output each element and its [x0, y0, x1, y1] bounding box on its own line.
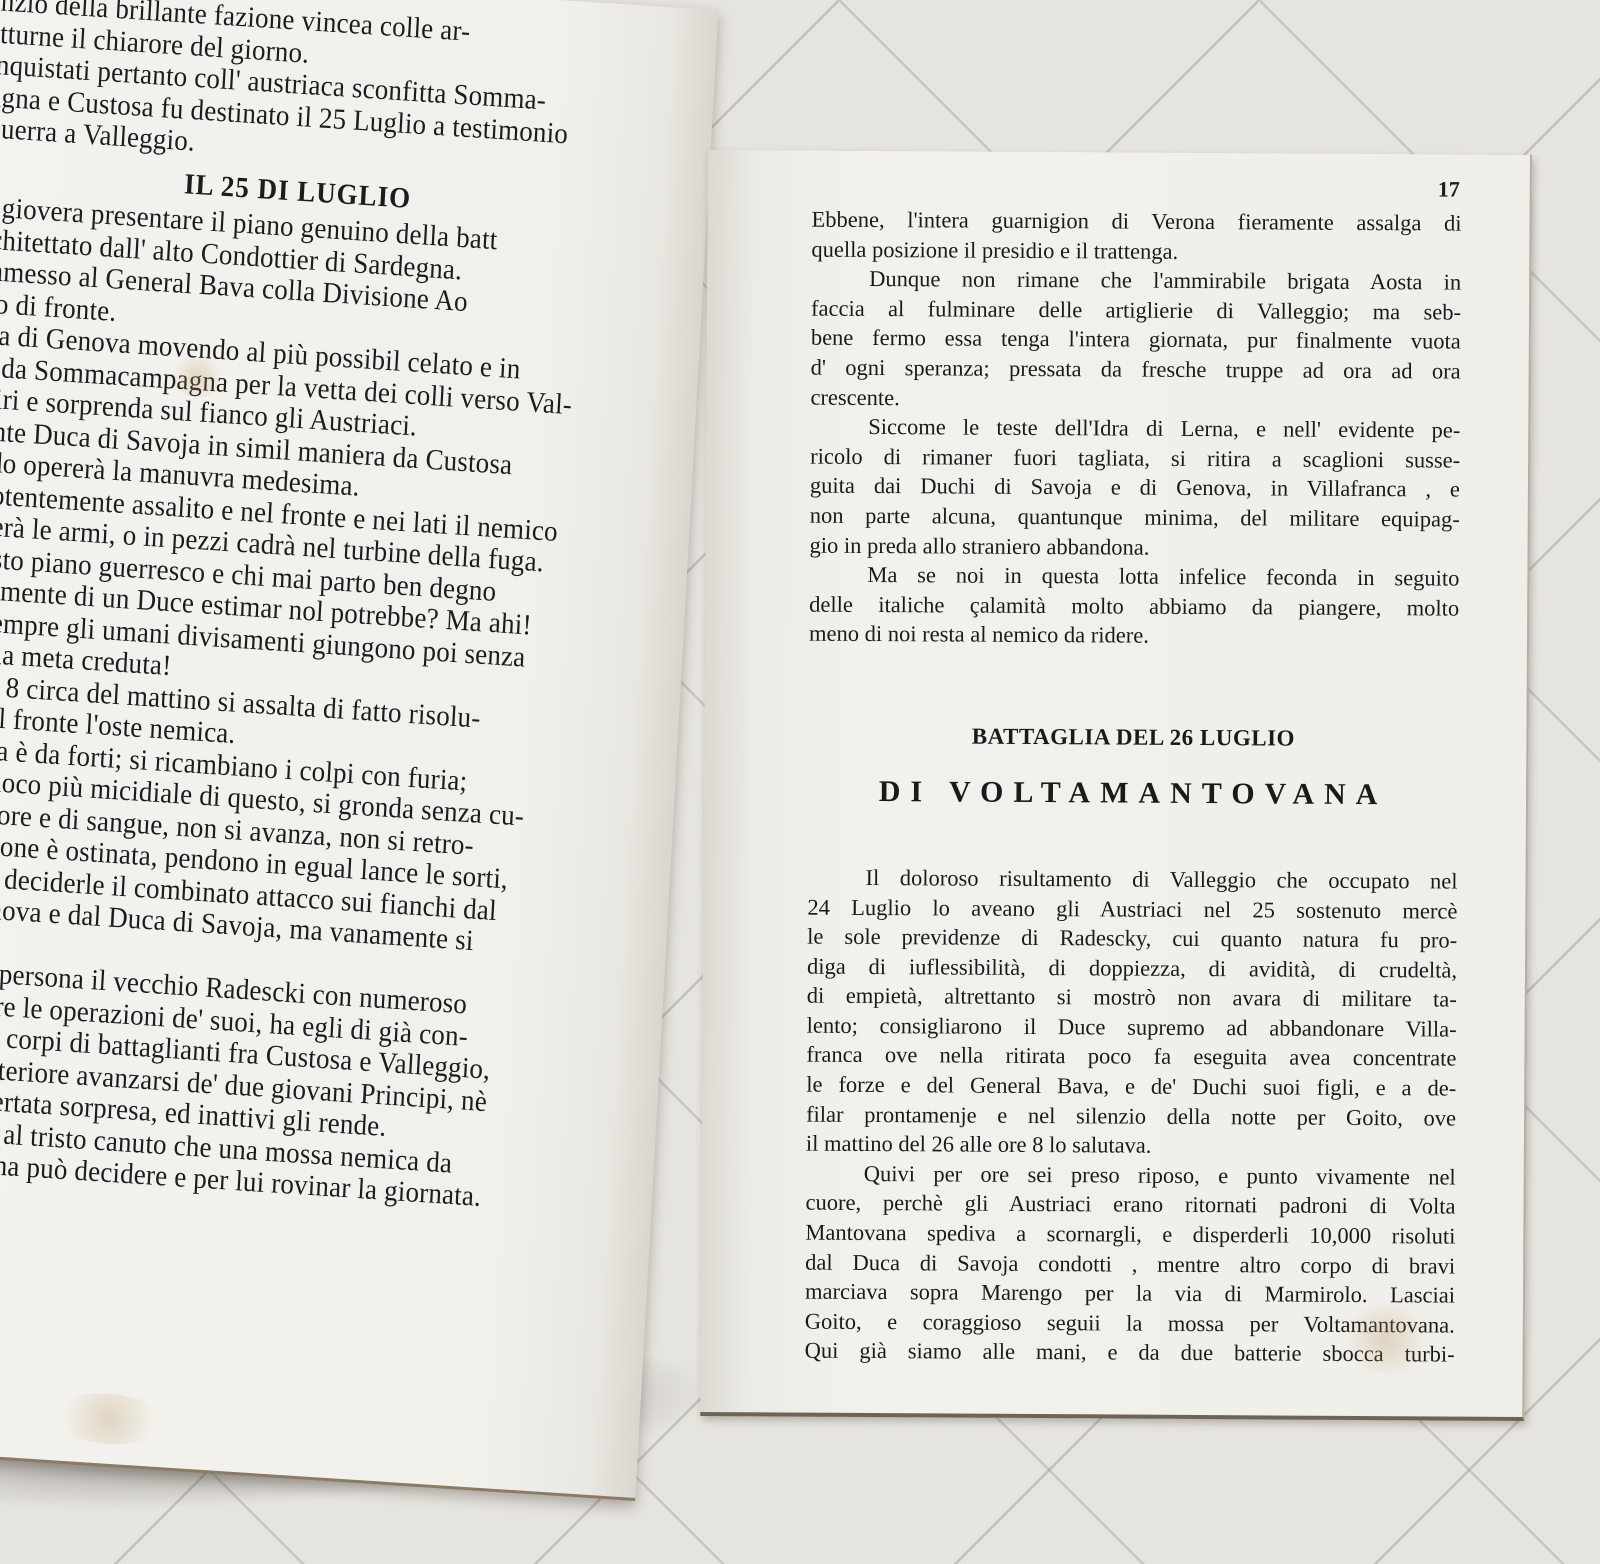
right-page: 17 Ebbene, l'intera guarnigion di Verona… — [700, 150, 1532, 1421]
page-number: 17 — [1438, 176, 1460, 202]
paragraph-5: Il doloroso risultamento di Valleggio ch… — [806, 863, 1458, 1163]
text-line: Mantovana spediva a scornargli, e disper… — [805, 1218, 1455, 1252]
text-line: Dunque non rimane che l'ammirabile briga… — [811, 264, 1461, 298]
text-line: quella posizione il presidio e il tratte… — [811, 234, 1461, 268]
text-line: Il doloroso risultamento di Valleggio ch… — [807, 863, 1457, 897]
paragraph-4: Ma se noi in questa lotta infelice fecon… — [809, 560, 1460, 653]
text-line: Siccome le teste dell'Idra di Lerna, e n… — [810, 412, 1460, 446]
text-line: bene fermo essa tenga l'intera giornata,… — [811, 323, 1461, 357]
text-line: lento; consigliarono il Duce supremo ad … — [807, 1010, 1457, 1044]
text-line: gio in preda allo straniero abbandona. — [809, 530, 1459, 564]
paragraph-3: Siccome le teste dell'Idra di Lerna, e n… — [809, 412, 1460, 564]
section-title: BATTAGLIA DEL 26 LUGLIO — [808, 711, 1458, 765]
text-line: il mattino del 26 alle ore 8 lo salutava… — [806, 1129, 1456, 1163]
text-line: crescente. — [810, 382, 1460, 416]
text-line: franca ove nella ritirata poco fa esegui… — [806, 1040, 1456, 1074]
text-line: Quivi per ore sei preso riposo, e punto … — [806, 1158, 1456, 1192]
paragraph-2: Dunque non rimane che l'ammirabile briga… — [810, 264, 1461, 416]
text-line: diga di iuflessibilità, di doppiezza, di… — [807, 951, 1457, 985]
left-page-text: annunzio della brillante fazione vincea … — [0, 0, 669, 1221]
text-line: Ebbene, l'intera guarnigion di Verona fi… — [811, 205, 1461, 239]
spacer — [809, 649, 1459, 715]
section-subtitle: DI VOLTAMANTOVANA — [808, 761, 1458, 827]
paragraph-1: Ebbene, l'intera guarnigion di Verona fi… — [811, 205, 1461, 268]
text-line: di empietà, altrettanto si mostrò non av… — [807, 981, 1457, 1015]
text-line: marciava sopra Marengo per la via di Mar… — [805, 1277, 1455, 1311]
paragraph: È qui giovera presentare il piano genuin… — [0, 188, 656, 1221]
text-line: cuore, perchè gli Austriaci erano ritorn… — [805, 1188, 1455, 1222]
right-page-body: Ebbene, l'intera guarnigion di Verona fi… — [805, 205, 1462, 1370]
text-line: meno di noi resta al nemico da ridere. — [809, 619, 1459, 653]
spacer — [808, 823, 1458, 867]
text-line: dal Duca di Savoja condotti , mentre alt… — [805, 1247, 1455, 1281]
text-line: filar prontamenje e nel silenzio della n… — [806, 1099, 1456, 1133]
text-line: 24 Luglio lo aveano gli Austriaci nel 25… — [807, 892, 1457, 926]
text-line: le forze e del General Bava, e de' Duchi… — [806, 1070, 1456, 1104]
text-line: ricolo di rimaner fuori tagliata, si rit… — [810, 441, 1460, 475]
paper-stain — [1341, 1304, 1431, 1375]
text-line: guita dai Duchi di Savoja e di Genova, i… — [810, 471, 1460, 505]
text-line: faccia al fulminare delle artiglierie di… — [811, 293, 1461, 327]
left-page: annunzio della brillante fazione vincea … — [0, 0, 718, 1501]
text-line: d' ogni speranza; pressata da fresche tr… — [811, 353, 1461, 387]
text-line: le sole previdenze di Radescky, cui quan… — [807, 922, 1457, 956]
paper-stain — [48, 1390, 171, 1448]
text-line: Ma se noi in questa lotta infelice fecon… — [809, 560, 1459, 594]
text-line: delle italiche çalamità molto abbiamo da… — [809, 589, 1459, 623]
text-line: non parte alcuna, quantunque minima, del… — [810, 501, 1460, 535]
